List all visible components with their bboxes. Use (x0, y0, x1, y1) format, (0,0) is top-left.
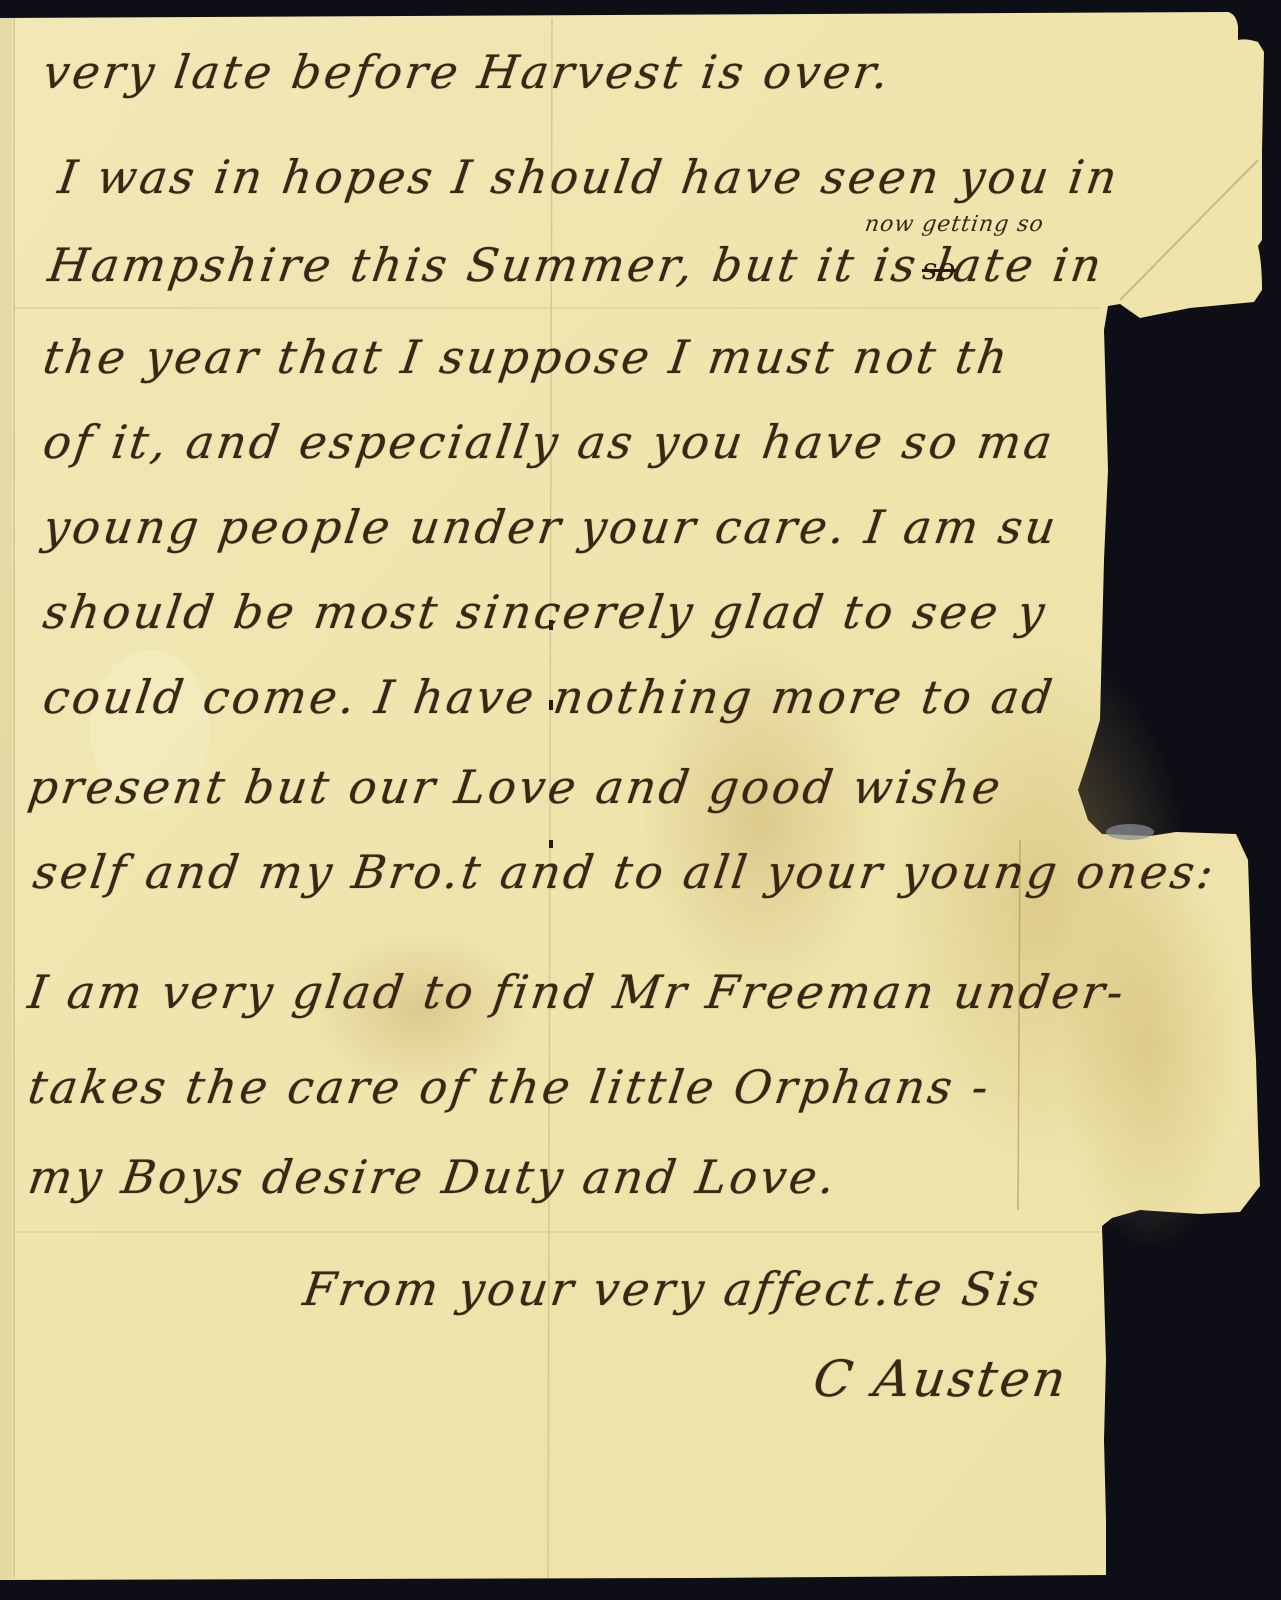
letter-page: very late before Harvest is over. I was … (0, 0, 1281, 1600)
letter-line-9: present but our Love and good wishe (25, 760, 1007, 814)
letter-line-6: young people under your care. I am su (40, 500, 1062, 554)
letter-closing: From your very affect.te Sis (300, 1262, 1045, 1316)
letter-line-10: self and my Bro.t and to all your young … (30, 845, 1219, 899)
letter-line-8: could come. I have nothing more to ad (40, 670, 1058, 724)
letter-signature: C Austen (810, 1350, 1072, 1408)
letter-line-4: the year that I suppose I must not th (40, 330, 1014, 384)
struck-word: so (922, 252, 955, 287)
letter-line-1: very late before Harvest is over. (40, 45, 895, 99)
letter-line-2: I was in hopes I should have seen you in (55, 150, 1123, 204)
letter-line-12: takes the care of the little Orphans - (25, 1060, 995, 1114)
letter-line-5: of it, and especially as you have so ma (40, 415, 1058, 469)
letter-line-13: my Boys desire Duty and Love. (25, 1150, 841, 1204)
letter-line-11: I am very glad to find Mr Freeman under- (25, 965, 1130, 1019)
letter-insertion: now getting so (863, 212, 1045, 237)
letter-line-7: should be most sincerely glad to see y (40, 585, 1051, 639)
